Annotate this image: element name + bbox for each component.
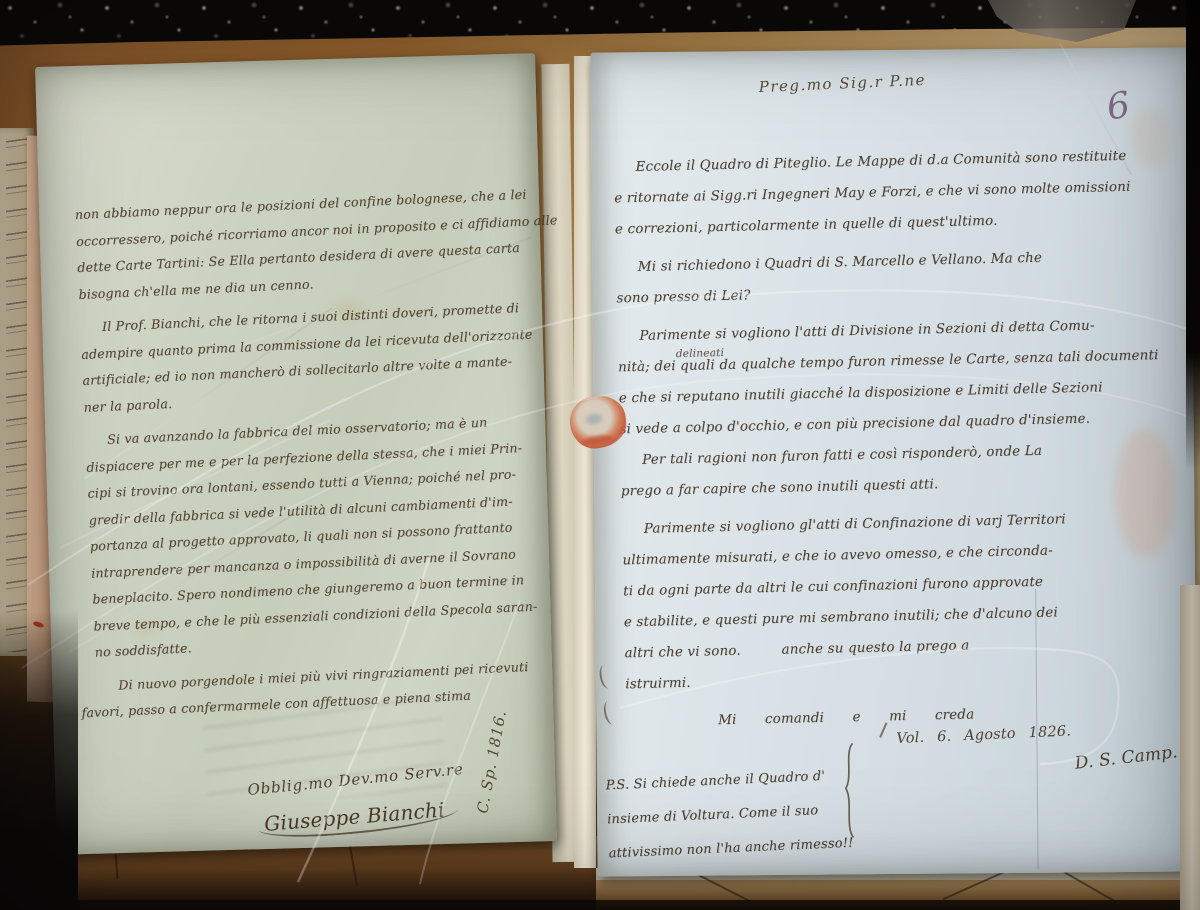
manuscript-photo: non abbiamo neppur ora le posizioni del … — [0, 0, 1200, 910]
right-page: Preg.mo Sig.r P.ne 6 Eccole il Quadro di… — [590, 47, 1197, 876]
shadow-left-corner — [0, 610, 78, 910]
salutation: Preg.mo Sig.r P.ne — [758, 71, 926, 96]
marginal-pen-mark — [597, 663, 616, 689]
marginal-pen-mark — [601, 699, 620, 725]
seal-smudge — [585, 412, 603, 425]
page-number: 6 — [1104, 85, 1133, 129]
photo-right-dark-edge — [1186, 0, 1200, 470]
left-page: non abbiamo neppur ora le posizioni del … — [35, 53, 557, 855]
brace-mark — [840, 740, 859, 840]
bottom-shadow — [0, 900, 1200, 910]
ink-bleedthrough — [201, 698, 448, 809]
interlinear-insertion: delineati — [675, 338, 724, 370]
letter-body-right: Eccole il Quadro di Piteglio. Le Mappe d… — [613, 140, 1194, 739]
photo-right-page-edge — [1180, 585, 1200, 910]
signature-giuseppe-bianchi: Giuseppe Bianchi — [257, 796, 459, 841]
signature-partial: D. S. Camp. — [1074, 742, 1179, 774]
letter-body-left: non abbiamo neppur ora le posizioni del … — [74, 181, 551, 726]
seal-smear — [581, 434, 614, 446]
